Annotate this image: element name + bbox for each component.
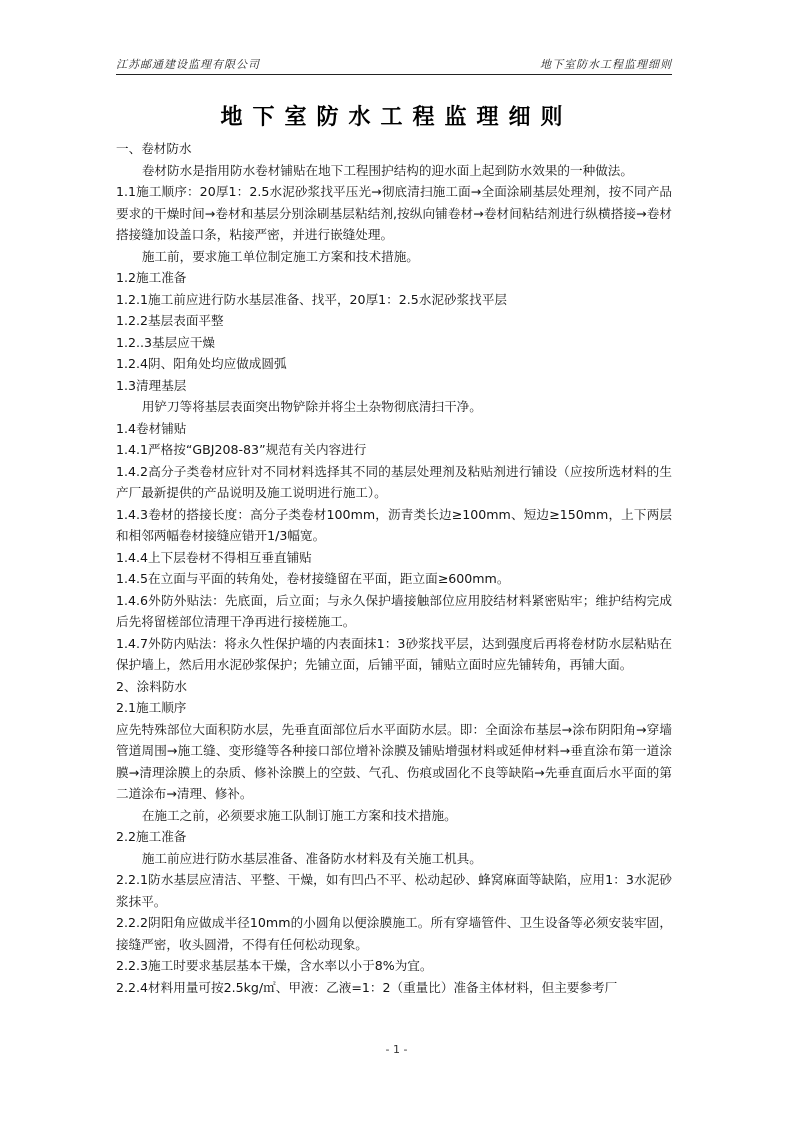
paragraph: 2.1施工顺序 [116, 697, 672, 719]
document-body: 一、卷材防水卷材防水是指用防水卷材铺贴在地下工程围护结构的迎水面上起到防水效果的… [116, 138, 672, 998]
paragraph: 用铲刀等将基层表面突出物铲除并将尘土杂物彻底清扫干净。 [116, 396, 672, 418]
paragraph: 1.4.7外防内贴法：将永久性保护墙的内表面抹1：3砂浆找平层，达到强度后再将卷… [116, 633, 672, 676]
paragraph: 2、涂料防水 [116, 676, 672, 698]
paragraph: 1.4.5在立面与平面的转角处，卷材接缝留在平面，距立面≥600mm。 [116, 568, 672, 590]
header-doc-title: 地下室防水工程监理细则 [540, 56, 672, 72]
paragraph: 在施工之前，必须要求施工队制订施工方案和技术措施。 [116, 805, 672, 827]
paragraph: 1.2施工准备 [116, 267, 672, 289]
paragraph: 一、卷材防水 [116, 138, 672, 160]
paragraph: 应先特殊部位大面积防水层，先垂直面部位后水平面防水层。即：全面涂布基层→涂布阴阳… [116, 719, 672, 805]
paragraph: 1.2..3基层应干燥 [116, 332, 672, 354]
paragraph: 1.4.1严格按“GBJ208-83”规范有关内容进行 [116, 439, 672, 461]
paragraph: 1.2.4阴、阳角处均应做成圆弧 [116, 353, 672, 375]
paragraph: 2.2.1防水基层应清洁、平整、干燥，如有凹凸不平、松动起砂、蜂窝麻面等缺陷，应… [116, 869, 672, 912]
paragraph: 2.2.2阴阳角应做成半径10mm的小圆角以便涂膜施工。所有穿墙管件、卫生设备等… [116, 912, 672, 955]
paragraph: 2.2施工准备 [116, 826, 672, 848]
header-company: 江苏邮通建设监理有限公司 [116, 56, 260, 72]
paragraph: 1.3清理基层 [116, 375, 672, 397]
page-number: - 1 - [0, 1043, 793, 1056]
paragraph: 1.1施工顺序：20厚1：2.5水泥砂浆找平压光→彻底清扫施工面→全面涂刷基层处… [116, 181, 672, 246]
paragraph: 1.4卷材铺贴 [116, 418, 672, 440]
paragraph: 施工前应进行防水基层准备、准备防水材料及有关施工机具。 [116, 848, 672, 870]
paragraph: 2.2.4材料用量可按2.5kg/㎡、甲液：乙液=1：2（重量比）准备主体材料，… [116, 977, 672, 999]
paragraph: 1.2.1施工前应进行防水基层准备、找平，20厚1：2.5水泥砂浆找平层 [116, 289, 672, 311]
paragraph: 1.4.3卷材的搭接长度：高分子类卷材100mm，沥青类长边≥100mm、短边≥… [116, 504, 672, 547]
document-title: 地下室防水工程监理细则 [0, 100, 793, 131]
paragraph: 1.4.6外防外贴法：先底面，后立面；与永久保护墙接触部位应用胶结材料紧密贴牢；… [116, 590, 672, 633]
paragraph: 卷材防水是指用防水卷材铺贴在地下工程围护结构的迎水面上起到防水效果的一种做法。 [116, 160, 672, 182]
page-header: 江苏邮通建设监理有限公司 地下室防水工程监理细则 [116, 56, 672, 75]
paragraph: 1.2.2基层表面平整 [116, 310, 672, 332]
paragraph: 施工前，要求施工单位制定施工方案和技术措施。 [116, 246, 672, 268]
paragraph: 1.4.4上下层卷材不得相互垂直铺贴 [116, 547, 672, 569]
paragraph: 1.4.2高分子类卷材应针对不同材料选择其不同的基层处理剂及粘贴剂进行铺设（应按… [116, 461, 672, 504]
paragraph: 2.2.3施工时要求基层基本干燥，含水率以小于8%为宜。 [116, 955, 672, 977]
